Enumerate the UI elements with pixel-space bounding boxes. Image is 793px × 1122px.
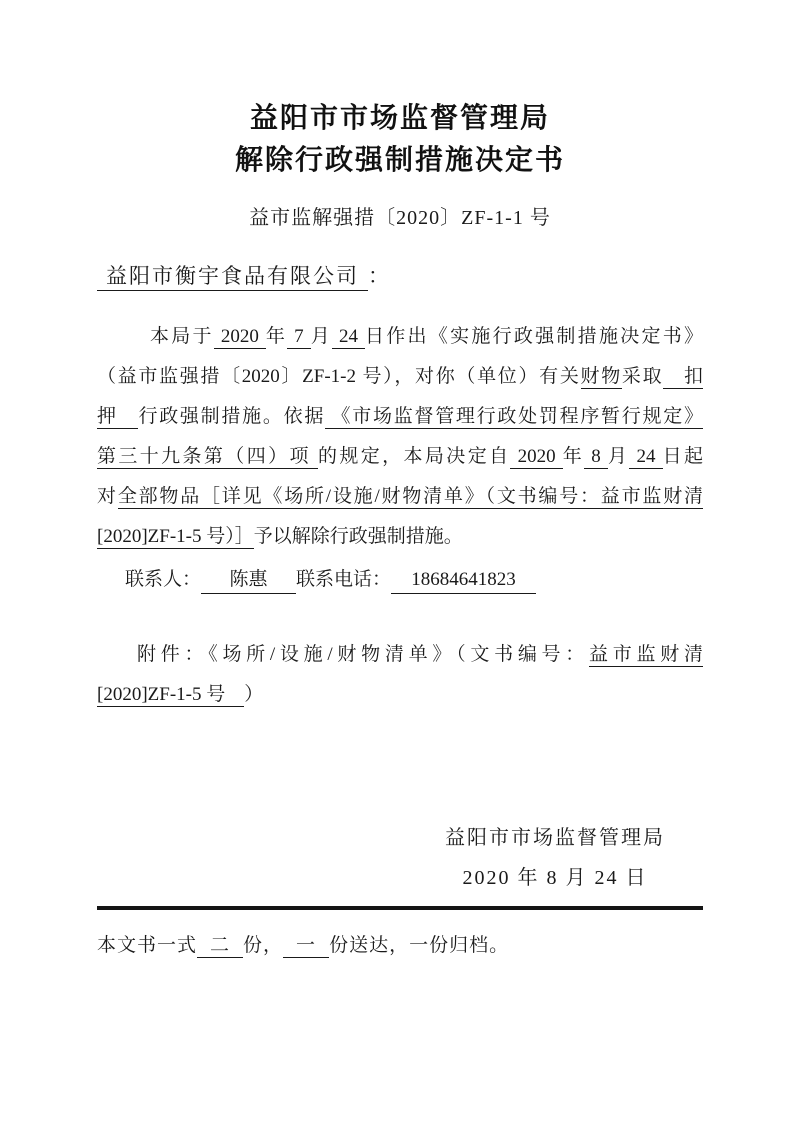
attachment-line-1: 附件：《场所/设施/财物清单》（文书编号：益市监财清 (97, 635, 703, 675)
contact-line: 联系人：陈惠联系电话：18684641823 (97, 560, 703, 600)
text-run: 采取 (622, 366, 663, 387)
attachment-section: 附件：《场所/设施/财物清单》（文书编号：益市监财清 [2020]ZF-1-5 … (97, 635, 703, 715)
contact-phone-blank: 18684641823 (391, 567, 536, 594)
text-run: 年 (266, 326, 287, 347)
footer-divider (97, 906, 703, 910)
filled-blank: 7 (287, 326, 311, 349)
text-run: 的规定，本局决定自 (318, 446, 510, 467)
text-run: 日起 (663, 446, 703, 467)
text-run: 对 (97, 486, 118, 507)
filled-blank: 《市场监督管理行政处罚程序暂行规定》 (325, 406, 703, 429)
addressee-name: 益阳市衡宇食品有限公司 (97, 264, 368, 291)
addressee-line: 益阳市衡宇食品有限公司： (97, 261, 703, 291)
document-page: 益阳市市场监督管理局 解除行政强制措施决定书 益市监解强措〔2020〕ZF-1-… (0, 0, 793, 1122)
document-content: 益阳市市场监督管理局 解除行政强制措施决定书 益市监解强措〔2020〕ZF-1-… (0, 0, 793, 966)
body-line-4: 第三十九条第（四）项 的规定，本局决定自 2020 年 8 月 24 日起 (97, 437, 703, 477)
text-run: （益市监强措〔2020〕ZF-1-2 号），对你（单位）有关 (97, 366, 581, 387)
attachment-line-2: [2020]ZF-1-5 号 ） (97, 675, 703, 715)
filled-blank: 益市监财清 (589, 644, 703, 667)
issuing-authority: 益阳市市场监督管理局 (445, 818, 665, 858)
filled-blank: 第三十九条第（四）项 (97, 446, 318, 469)
text-run: 日作出《实施行政强制措施决定书》 (365, 326, 703, 347)
filled-blank: 扣 (663, 366, 703, 389)
body-line-2: （益市监强措〔2020〕ZF-1-2 号），对你（单位）有关财物采取 扣 (97, 357, 703, 397)
signature-block: 益阳市市场监督管理局 2020 年 8 月 24 日 (445, 818, 665, 898)
filled-blank: 全部物品［详见《场所/设施/财物清单》（文书编号：益市监财清 (118, 486, 703, 509)
filled-blank: 二 (197, 935, 243, 958)
text-run: 份， (243, 935, 283, 956)
contact-person-blank: 陈惠 (201, 567, 296, 594)
document-number: 益市监解强措〔2020〕ZF-1-1 号 (97, 203, 703, 233)
text-run: 附件：《场所/设施/财物清单》（文书编号： (137, 644, 589, 665)
text-run: 月 (311, 326, 332, 347)
text-run: 份送达，一份归档。 (329, 935, 509, 956)
text-run: 予以解除行政强制措施。 (254, 526, 463, 547)
filled-blank: 2020 (510, 446, 562, 469)
body-paragraph: 本局于 2020 年 7 月 24 日作出《实施行政强制措施决定书》 （益市监强… (97, 317, 703, 557)
footer-note: 本文书一式二份，一份送达，一份归档。 (97, 926, 703, 966)
addressee-colon: ： (368, 264, 391, 288)
filled-blank: [2020]ZF-1-5 号 (97, 684, 244, 707)
filled-blank: 财物 (581, 366, 622, 389)
title-line-2: 解除行政强制措施决定书 (97, 139, 703, 181)
body-line-3: 押 行政强制措施。依据 《市场监督管理行政处罚程序暂行规定》 (97, 397, 703, 437)
text-run: 本局于 (150, 326, 214, 347)
filled-blank: 一 (283, 935, 329, 958)
body-line-5: 对全部物品［详见《场所/设施/财物清单》（文书编号：益市监财清 (97, 477, 703, 517)
text-run: 本文书一式 (97, 935, 197, 956)
text-run: 行政强制措施。依据 (138, 406, 325, 427)
text-run: 月 (608, 446, 629, 467)
title-line-1: 益阳市市场监督管理局 (97, 97, 703, 139)
filled-blank: 24 (629, 446, 662, 469)
document-title: 益阳市市场监督管理局 解除行政强制措施决定书 (97, 0, 703, 181)
issue-date: 2020 年 8 月 24 日 (445, 858, 665, 898)
contact-phone-label: 联系电话： (296, 569, 391, 590)
filled-blank: 24 (332, 326, 365, 349)
text-run: ） (244, 684, 263, 705)
body-line-1: 本局于 2020 年 7 月 24 日作出《实施行政强制措施决定书》 (97, 317, 703, 357)
contact-person-label: 联系人： (125, 569, 201, 590)
filled-blank: 押 (97, 406, 138, 429)
filled-blank: [2020]ZF-1-5 号）］ (97, 526, 254, 549)
filled-blank: 8 (584, 446, 608, 469)
body-line-6: [2020]ZF-1-5 号）］予以解除行政强制措施。 (97, 517, 703, 557)
filled-blank: 2020 (214, 326, 266, 349)
text-run: 年 (563, 446, 584, 467)
